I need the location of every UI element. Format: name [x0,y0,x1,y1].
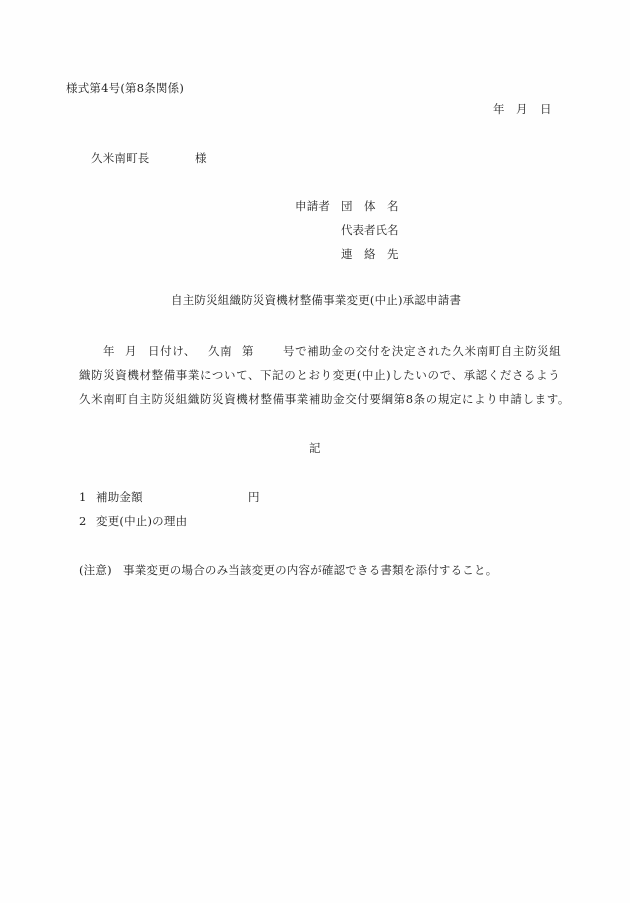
item-number: 1 [79,492,87,504]
body-line1-rest: 号で補助金の交付を決定された久米南町自主防災組 [283,346,561,358]
item-number: 2 [79,516,87,528]
body-line2: 織防災資機材整備事業について、下記のとおり変更(中止)したいので、承認くださるよ… [79,370,560,382]
date-day: 日 [540,104,552,116]
applicant-contact-label: 連 絡 先 [341,249,399,261]
applicant-organization-label: 団 体 名 [341,201,399,213]
body-date-suffix: 日付け、 [148,346,196,358]
note-text: 事業変更の場合のみ当該変更の内容が確認できる書類を添付すること。 [123,565,497,577]
document-title: 自主防災組織防災資機材整備事業変更(中止)承認申請書 [171,295,461,307]
item-unit: 円 [248,492,260,504]
date-month: 月 [516,104,528,116]
applicant-label: 申請者 [295,201,330,213]
body-dai: 第 [242,346,254,358]
body-kunan: 久南 [208,346,232,358]
addressee-honorific: 様 [195,153,207,165]
date-year: 年 [493,104,505,116]
item-label: 補助金額 [96,492,143,504]
item-label: 変更(中止)の理由 [96,516,187,528]
note-label: (注意) [79,565,112,577]
applicant-representative-label: 代表者氏名 [341,225,399,237]
body-year: 年 [103,346,115,358]
form-number: 様式第4号(第8条関係) [66,83,184,95]
body-month: 月 [125,346,137,358]
ki-heading: 記 [309,443,321,455]
addressee-name: 久米南町長 [91,153,150,165]
body-line3: 久米南町自主防災組織防災資機材整備事業補助金交付要綱第8条の規定により申請します… [79,394,570,406]
